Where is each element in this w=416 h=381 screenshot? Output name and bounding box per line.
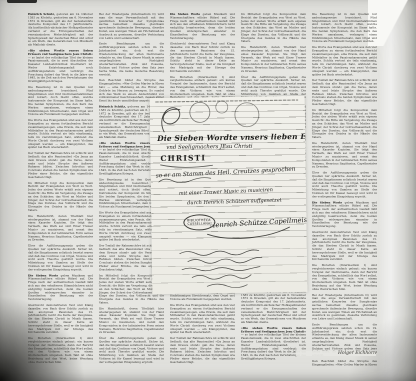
scanned-liner-notes-page: Heinrich Schütz, geboren am 14. Oktober …: [0, 0, 416, 381]
text-paragraph: Die Sieben Worte geben Musikern und Wiss…: [170, 13, 235, 40]
text-paragraph: Die Besetzung ist in den Quellen nur and…: [28, 86, 93, 117]
text-paragraph: Der Tonfall der Rahmenchöre ist schlicht…: [312, 79, 377, 106]
text-paragraph: Im Mittelteil folgt die Komposition dem …: [241, 13, 306, 44]
text-paragraph: Die Worte des Evangelisten sind aus den …: [312, 46, 377, 77]
text-paragraph: Im Mittelteil folgt die Komposition dem …: [312, 109, 377, 140]
text-paragraph: Gleichwohl demonstrieren Text und Klang …: [170, 43, 235, 74]
text-paragraph: Die Sieben Worte geben Musikern und Wiss…: [28, 274, 93, 301]
text-paragraph: Der Tonfall der Rahmenchöre ist schlicht…: [170, 337, 235, 364]
text-paragraph: Die Handschrift, deren Titelblatt hier w…: [28, 215, 93, 242]
text-paragraph: Gleichwohl demonstrieren Text und Klang …: [28, 304, 93, 335]
text-paragraph: Die Worte des Evangelisten sind aus den …: [28, 119, 93, 150]
text-paragraph: Die Handschrift, deren Titelblatt hier w…: [312, 142, 377, 169]
text-paragraph: Erste Bemühungen um die Aufführungspraxi…: [99, 43, 164, 77]
manuscript-facsimile: Die Sieben Wordte vnsers lieben Erlösers…: [150, 96, 308, 294]
text-paragraph: Über die Aufführungspraxis geben die Que…: [99, 337, 164, 364]
text-paragraph: Über die Aufführungspraxis geben die Que…: [312, 172, 377, 199]
text-paragraph: Der Tonfall der Rahmenchöre ist schlicht…: [28, 152, 93, 179]
library-stamp-text: BIBLIOTHECA CASSELLANA: [188, 219, 212, 226]
text-paragraph: Bei der Wiedergabe (Intermedium II) wird…: [312, 294, 377, 321]
text-paragraph: »Die sieben Wortte vnsers lieben Erlöser…: [28, 49, 93, 83]
stamp-line-2: CASSELLANA: [188, 222, 212, 226]
text-paragraph: Die Handschrift, deren Titelblatt hier w…: [241, 46, 306, 73]
text-paragraph: Über die Aufführungspraxis geben die Que…: [28, 245, 93, 272]
author-credit: Holger Eichhorn: [296, 351, 376, 356]
text-paragraph: Im Mittelteil folgt die Komposition dem …: [28, 182, 93, 213]
text-paragraph: Heinrich Schütz, geboren am 14. Oktober …: [28, 13, 93, 47]
flourish-graphic: [150, 96, 308, 294]
text-paragraph: Die Worte des Evangelisten sind aus den …: [170, 304, 235, 335]
scan-edge-mark: [7, 0, 37, 3]
text-paragraph: Heinrich Schütz, geboren am 14. Oktober …: [241, 290, 306, 324]
text-paragraph: Gleichwohl demonstrieren Text und Klang …: [312, 231, 377, 262]
manuscript-title-line-3: CHRISTI: [160, 153, 206, 163]
text-paragraph: Die Motetten (Intermedium I) sind vergle…: [312, 264, 377, 291]
text-paragraph: Bei der Wiedergabe (Intermedium II) wird…: [99, 13, 164, 40]
text-paragraph: Die Motetten (Intermedium I) sind vergle…: [28, 337, 93, 364]
text-paragraph: Die Sieben Worte geben Musikern und Wiss…: [312, 201, 377, 228]
manuscript-title-line-2: vnd Seeligmachers JEsu Christi: [166, 144, 252, 151]
text-paragraph: Die Handschrift, deren Titelblatt hier w…: [99, 307, 164, 334]
text-paragraph: Die Besetzung ist in den Quellen nur and…: [312, 13, 377, 44]
